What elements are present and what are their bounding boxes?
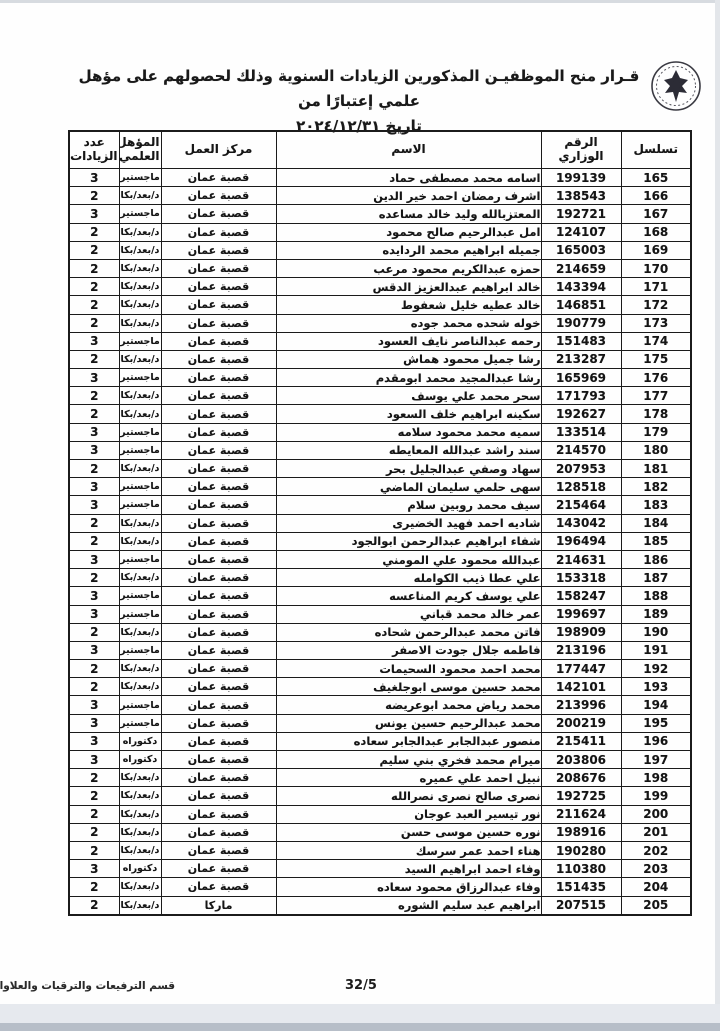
cell-qualification: د/بعد/بكا: [119, 241, 161, 259]
cell-qualification: د/بعد/بكا: [119, 223, 161, 241]
table-row: 170 214659 حمزه عبدالكريم محمود مرعب قصب…: [69, 259, 691, 277]
header-work-center: مركز العمل: [161, 131, 276, 169]
cell-ministry-no: 110380: [541, 860, 621, 878]
cell-name: نور تيسير العبد عوجان: [276, 805, 541, 823]
cell-qualification: ماجستير: [119, 641, 161, 659]
cell-ministry-no: 133514: [541, 423, 621, 441]
table-row: 171 143394 خالد ابراهيم عبدالعزيز الدقس …: [69, 278, 691, 296]
cell-ministry-no: 214659: [541, 259, 621, 277]
cell-increments: 3: [69, 423, 119, 441]
cell-work-center: قصبة عمان: [161, 751, 276, 769]
cell-qualification: د/بعد/بكا: [119, 296, 161, 314]
cell-ministry-no: 190779: [541, 314, 621, 332]
cell-serial: 196: [621, 732, 691, 750]
table-row: 165 199139 اسامه محمد مصطفى حماد قصبة عم…: [69, 169, 691, 187]
header-serial: تسلسل: [621, 131, 691, 169]
cell-increments: 2: [69, 187, 119, 205]
cell-name: هناء احمد عمر سرسك: [276, 841, 541, 859]
cell-work-center: قصبة عمان: [161, 223, 276, 241]
cell-qualification: د/بعد/بكا: [119, 350, 161, 368]
cell-serial: 173: [621, 314, 691, 332]
cell-name: خالد ابراهيم عبدالعزيز الدقس: [276, 278, 541, 296]
cell-work-center: قصبة عمان: [161, 369, 276, 387]
cell-increments: 3: [69, 478, 119, 496]
table-row: 172 146851 خالد عطيه خليل شعفوط قصبة عما…: [69, 296, 691, 314]
cell-qualification: دكتوراه: [119, 860, 161, 878]
cell-name: المعتزبالله وليد خالد مساعده: [276, 205, 541, 223]
cell-increments: 3: [69, 205, 119, 223]
table-row: 191 213196 فاطمه جلال جودت الاصفر قصبة ع…: [69, 641, 691, 659]
cell-name: سهى حلمي سليمان الماضي: [276, 478, 541, 496]
cell-serial: 204: [621, 878, 691, 896]
cell-increments: 2: [69, 223, 119, 241]
cell-ministry-no: 200219: [541, 714, 621, 732]
scan-edge-right: [715, 0, 720, 1031]
cell-qualification: د/بعد/بكا: [119, 387, 161, 405]
cell-qualification: د/بعد/بكا: [119, 896, 161, 915]
cell-serial: 198: [621, 769, 691, 787]
cell-name: اسامه محمد مصطفى حماد: [276, 169, 541, 187]
cell-ministry-no: 198916: [541, 823, 621, 841]
cell-work-center: قصبة عمان: [161, 841, 276, 859]
table-row: 177 171793 سحر محمد علي يوسف قصبة عمان د…: [69, 387, 691, 405]
cell-qualification: ماجستير: [119, 369, 161, 387]
cell-ministry-no: 207953: [541, 460, 621, 478]
table-row: 183 215464 سيف محمد روبين سلام قصبة عمان…: [69, 496, 691, 514]
table-row: 168 124107 امل عبدالرحيم صالح محمود قصبة…: [69, 223, 691, 241]
cell-qualification: د/بعد/بكا: [119, 532, 161, 550]
cell-work-center: قصبة عمان: [161, 350, 276, 368]
scan-edge-top: [0, 0, 720, 3]
cell-name: رشا عبدالمجيد محمد ابومقدم: [276, 369, 541, 387]
table-row: 190 198909 فاتن محمد عبدالرحمن شحاده قصب…: [69, 623, 691, 641]
cell-qualification: ماجستير: [119, 550, 161, 568]
cell-increments: 3: [69, 714, 119, 732]
cell-increments: 2: [69, 678, 119, 696]
cell-qualification: د/بعد/بكا: [119, 623, 161, 641]
cell-name: وفاء احمد ابراهيم السيد: [276, 860, 541, 878]
cell-increments: 3: [69, 550, 119, 568]
scan-band-light: [0, 1004, 720, 1024]
cell-ministry-no: 153318: [541, 569, 621, 587]
cell-increments: 3: [69, 696, 119, 714]
cell-qualification: ماجستير: [119, 332, 161, 350]
cell-work-center: قصبة عمان: [161, 278, 276, 296]
cell-serial: 205: [621, 896, 691, 915]
cell-ministry-no: 213996: [541, 696, 621, 714]
cell-work-center: قصبة عمان: [161, 169, 276, 187]
cell-name: علي عطا ذيب الكوامله: [276, 569, 541, 587]
cell-serial: 183: [621, 496, 691, 514]
cell-ministry-no: 211624: [541, 805, 621, 823]
table-row: 167 192721 المعتزبالله وليد خالد مساعده …: [69, 205, 691, 223]
cell-work-center: قصبة عمان: [161, 532, 276, 550]
cell-serial: 191: [621, 641, 691, 659]
cell-serial: 174: [621, 332, 691, 350]
cell-work-center: قصبة عمان: [161, 678, 276, 696]
table-row: 195 200219 محمد عبدالرحيم حسين يونس قصبة…: [69, 714, 691, 732]
cell-work-center: قصبة عمان: [161, 405, 276, 423]
cell-qualification: ماجستير: [119, 205, 161, 223]
cell-serial: 201: [621, 823, 691, 841]
cell-work-center: قصبة عمان: [161, 641, 276, 659]
cell-qualification: د/بعد/بكا: [119, 660, 161, 678]
cell-work-center: قصبة عمان: [161, 296, 276, 314]
table-row: 182 128518 سهى حلمي سليمان الماضي قصبة ع…: [69, 478, 691, 496]
cell-increments: 2: [69, 460, 119, 478]
cell-work-center: قصبة عمان: [161, 514, 276, 532]
cell-work-center: قصبة عمان: [161, 805, 276, 823]
cell-ministry-no: 215464: [541, 496, 621, 514]
cell-increments: 2: [69, 296, 119, 314]
cell-increments: 2: [69, 350, 119, 368]
cell-name: نصرى صالح نصرى نصرالله: [276, 787, 541, 805]
footer-page-number: 32/5: [345, 978, 377, 993]
cell-work-center: قصبة عمان: [161, 623, 276, 641]
cell-increments: 2: [69, 514, 119, 532]
cell-name: سهاد وصفي عبدالجليل بحر: [276, 460, 541, 478]
header-increments: عدد الزيادات: [69, 131, 119, 169]
table-row: 174 151483 رحمه عبدالناصر نايف العسود قص…: [69, 332, 691, 350]
cell-ministry-no: 213287: [541, 350, 621, 368]
cell-serial: 172: [621, 296, 691, 314]
table-row: 179 133514 سميه محمد محمود سلامه قصبة عم…: [69, 423, 691, 441]
cell-serial: 190: [621, 623, 691, 641]
cell-work-center: قصبة عمان: [161, 441, 276, 459]
cell-qualification: ماجستير: [119, 169, 161, 187]
table-row: 175 213287 رشا جميل محمود هماش قصبة عمان…: [69, 350, 691, 368]
table-row: 189 199697 عمر خالد محمد قباني قصبة عمان…: [69, 605, 691, 623]
cell-work-center: قصبة عمان: [161, 550, 276, 568]
cell-name: وفاء عبدالرزاق محمود سعاده: [276, 878, 541, 896]
cell-name: فاطمه جلال جودت الاصفر: [276, 641, 541, 659]
table-row: 204 151435 وفاء عبدالرزاق محمود سعاده قص…: [69, 878, 691, 896]
cell-increments: 3: [69, 169, 119, 187]
cell-name: سحر محمد علي يوسف: [276, 387, 541, 405]
table-row: 188 158247 علي يوسف كريم المناعسه قصبة ع…: [69, 587, 691, 605]
table-row: 181 207953 سهاد وصفي عبدالجليل بحر قصبة …: [69, 460, 691, 478]
cell-work-center: قصبة عمان: [161, 187, 276, 205]
ministry-seal-icon: [650, 60, 702, 112]
cell-serial: 180: [621, 441, 691, 459]
cell-qualification: ماجستير: [119, 605, 161, 623]
cell-ministry-no: 143394: [541, 278, 621, 296]
cell-work-center: قصبة عمان: [161, 660, 276, 678]
cell-qualification: ماجستير: [119, 423, 161, 441]
cell-serial: 199: [621, 787, 691, 805]
table-row: 203 110380 وفاء احمد ابراهيم السيد قصبة …: [69, 860, 691, 878]
cell-work-center: قصبة عمان: [161, 714, 276, 732]
header-name: الاسم: [276, 131, 541, 169]
table-row: 185 196494 شفاء ابراهيم عبدالرحمن ابوالج…: [69, 532, 691, 550]
cell-name: محمد حسين موسى ابوجلغيف: [276, 678, 541, 696]
cell-ministry-no: 171793: [541, 387, 621, 405]
cell-name: امل عبدالرحيم صالح محمود: [276, 223, 541, 241]
cell-serial: 175: [621, 350, 691, 368]
cell-increments: 2: [69, 314, 119, 332]
cell-serial: 203: [621, 860, 691, 878]
cell-ministry-no: 196494: [541, 532, 621, 550]
cell-increments: 3: [69, 587, 119, 605]
cell-work-center: قصبة عمان: [161, 332, 276, 350]
cell-ministry-no: 158247: [541, 587, 621, 605]
cell-name: اشرف رمضان احمد خير الدين: [276, 187, 541, 205]
table-row: 193 142101 محمد حسين موسى ابوجلغيف قصبة …: [69, 678, 691, 696]
cell-name: عمر خالد محمد قباني: [276, 605, 541, 623]
cell-work-center: قصبة عمان: [161, 696, 276, 714]
table-row: 180 214570 سند راشد عبدالله المعايطه قصب…: [69, 441, 691, 459]
cell-ministry-no: 138543: [541, 187, 621, 205]
cell-ministry-no: 146851: [541, 296, 621, 314]
table-row: 199 192725 نصرى صالح نصرى نصرالله قصبة ع…: [69, 787, 691, 805]
table-row: 173 190779 خوله شحده محمد جوده قصبة عمان…: [69, 314, 691, 332]
cell-ministry-no: 199697: [541, 605, 621, 623]
cell-serial: 193: [621, 678, 691, 696]
cell-ministry-no: 213196: [541, 641, 621, 659]
table-row: 196 215411 منصور عبدالجابر عبدالجابر سعا…: [69, 732, 691, 750]
scan-band-dark: [0, 1023, 720, 1031]
cell-serial: 202: [621, 841, 691, 859]
table-header-row: تسلسل الرقم الوزاري الاسم مركز العمل الم…: [69, 131, 691, 169]
cell-serial: 182: [621, 478, 691, 496]
cell-qualification: دكتوراه: [119, 732, 161, 750]
cell-ministry-no: 203806: [541, 751, 621, 769]
cell-serial: 186: [621, 550, 691, 568]
cell-work-center: قصبة عمان: [161, 823, 276, 841]
cell-name: شاديه احمد فهيد الخضيرى: [276, 514, 541, 532]
cell-increments: 2: [69, 841, 119, 859]
cell-name: محمد احمد محمود السحيمات: [276, 660, 541, 678]
cell-ministry-no: 177447: [541, 660, 621, 678]
cell-qualification: د/بعد/بكا: [119, 187, 161, 205]
cell-name: سكينه ابراهيم خلف السعود: [276, 405, 541, 423]
cell-increments: 2: [69, 405, 119, 423]
cell-name: عبدالله محمود علي المومني: [276, 550, 541, 568]
cell-name: فاتن محمد عبدالرحمن شحاده: [276, 623, 541, 641]
cell-ministry-no: 215411: [541, 732, 621, 750]
cell-increments: 3: [69, 732, 119, 750]
cell-qualification: د/بعد/بكا: [119, 460, 161, 478]
cell-qualification: د/بعد/بكا: [119, 569, 161, 587]
cell-ministry-no: 165969: [541, 369, 621, 387]
cell-qualification: د/بعد/بكا: [119, 878, 161, 896]
table-row: 166 138543 اشرف رمضان احمد خير الدين قصب…: [69, 187, 691, 205]
cell-serial: 187: [621, 569, 691, 587]
cell-increments: 2: [69, 532, 119, 550]
table-row: 194 213996 محمد رياض محمد ابوعريضه قصبة …: [69, 696, 691, 714]
cell-work-center: قصبة عمان: [161, 787, 276, 805]
cell-ministry-no: 214631: [541, 550, 621, 568]
cell-work-center: قصبة عمان: [161, 569, 276, 587]
cell-serial: 166: [621, 187, 691, 205]
cell-qualification: د/بعد/بكا: [119, 278, 161, 296]
cell-serial: 192: [621, 660, 691, 678]
decision-title: قـرار منح الموظفيـن المذكورين الزيادات ا…: [73, 64, 645, 138]
table-row: 198 208676 نبيل احمد علي عميره قصبة عمان…: [69, 769, 691, 787]
cell-ministry-no: 142101: [541, 678, 621, 696]
cell-serial: 169: [621, 241, 691, 259]
table-row: 169 165003 جميله ابراهيم محمد الردايده ق…: [69, 241, 691, 259]
cell-ministry-no: 199139: [541, 169, 621, 187]
cell-name: رشا جميل محمود هماش: [276, 350, 541, 368]
cell-increments: 2: [69, 241, 119, 259]
cell-ministry-no: 192725: [541, 787, 621, 805]
cell-qualification: د/بعد/بكا: [119, 841, 161, 859]
cell-serial: 185: [621, 532, 691, 550]
cell-increments: 2: [69, 878, 119, 896]
cell-name: محمد عبدالرحيم حسين يونس: [276, 714, 541, 732]
cell-serial: 181: [621, 460, 691, 478]
cell-serial: 195: [621, 714, 691, 732]
cell-increments: 2: [69, 823, 119, 841]
cell-qualification: د/بعد/بكا: [119, 823, 161, 841]
cell-work-center: قصبة عمان: [161, 605, 276, 623]
cell-work-center: قصبة عمان: [161, 387, 276, 405]
cell-name: منصور عبدالجابر عبدالجابر سعاده: [276, 732, 541, 750]
cell-qualification: ماجستير: [119, 714, 161, 732]
table-row: 205 207515 ابراهيم عبد سليم الشوره ماركا…: [69, 896, 691, 915]
cell-name: نبيل احمد علي عميره: [276, 769, 541, 787]
cell-increments: 3: [69, 441, 119, 459]
cell-increments: 3: [69, 496, 119, 514]
cell-qualification: د/بعد/بكا: [119, 678, 161, 696]
footer-department: قسم الترفيعات والترقيات والعلاوات: [0, 980, 175, 992]
cell-ministry-no: 208676: [541, 769, 621, 787]
cell-ministry-no: 192721: [541, 205, 621, 223]
cell-serial: 197: [621, 751, 691, 769]
cell-name: محمد رياض محمد ابوعريضه: [276, 696, 541, 714]
cell-increments: 2: [69, 278, 119, 296]
decision-title-line1: قـرار منح الموظفيـن المذكورين الزيادات ا…: [73, 64, 645, 114]
table-row: 200 211624 نور تيسير العبد عوجان قصبة عم…: [69, 805, 691, 823]
cell-name: شفاء ابراهيم عبدالرحمن ابوالجود: [276, 532, 541, 550]
cell-ministry-no: 190280: [541, 841, 621, 859]
table-row: 187 153318 علي عطا ذيب الكوامله قصبة عما…: [69, 569, 691, 587]
cell-qualification: د/بعد/بكا: [119, 805, 161, 823]
cell-work-center: قصبة عمان: [161, 587, 276, 605]
cell-increments: 2: [69, 259, 119, 277]
cell-serial: 165: [621, 169, 691, 187]
cell-name: نوره حسين موسى حسن: [276, 823, 541, 841]
cell-serial: 200: [621, 805, 691, 823]
table-row: 184 143042 شاديه احمد فهيد الخضيرى قصبة …: [69, 514, 691, 532]
cell-serial: 184: [621, 514, 691, 532]
cell-increments: 3: [69, 751, 119, 769]
table-row: 192 177447 محمد احمد محمود السحيمات قصبة…: [69, 660, 691, 678]
cell-ministry-no: 124107: [541, 223, 621, 241]
cell-name: خوله شحده محمد جوده: [276, 314, 541, 332]
table-row: 202 190280 هناء احمد عمر سرسك قصبة عمان …: [69, 841, 691, 859]
cell-serial: 188: [621, 587, 691, 605]
cell-serial: 167: [621, 205, 691, 223]
cell-qualification: د/بعد/بكا: [119, 405, 161, 423]
cell-ministry-no: 151483: [541, 332, 621, 350]
cell-ministry-no: 165003: [541, 241, 621, 259]
cell-name: سيف محمد روبين سلام: [276, 496, 541, 514]
cell-serial: 178: [621, 405, 691, 423]
cell-increments: 3: [69, 605, 119, 623]
cell-name: ابراهيم عبد سليم الشوره: [276, 896, 541, 915]
cell-ministry-no: 198909: [541, 623, 621, 641]
cell-work-center: قصبة عمان: [161, 769, 276, 787]
cell-qualification: د/بعد/بكا: [119, 769, 161, 787]
cell-qualification: د/بعد/بكا: [119, 514, 161, 532]
cell-name: حمزه عبدالكريم محمود مرعب: [276, 259, 541, 277]
cell-work-center: قصبة عمان: [161, 732, 276, 750]
cell-increments: 2: [69, 387, 119, 405]
table-row: 178 192627 سكينه ابراهيم خلف السعود قصبة…: [69, 405, 691, 423]
cell-work-center: قصبة عمان: [161, 460, 276, 478]
cell-serial: 189: [621, 605, 691, 623]
cell-ministry-no: 143042: [541, 514, 621, 532]
cell-name: ميرام محمد فخري بني سليم: [276, 751, 541, 769]
cell-serial: 176: [621, 369, 691, 387]
cell-ministry-no: 207515: [541, 896, 621, 915]
table-body: 165 199139 اسامه محمد مصطفى حماد قصبة عم…: [69, 169, 691, 915]
cell-qualification: د/بعد/بكا: [119, 314, 161, 332]
cell-name: علي يوسف كريم المناعسه: [276, 587, 541, 605]
scanned-document-page: قـرار منح الموظفيـن المذكورين الزيادات ا…: [0, 0, 720, 1031]
cell-ministry-no: 192627: [541, 405, 621, 423]
cell-qualification: ماجستير: [119, 496, 161, 514]
cell-qualification: ماجستير: [119, 587, 161, 605]
cell-qualification: ماجستير: [119, 478, 161, 496]
cell-serial: 179: [621, 423, 691, 441]
cell-work-center: قصبة عمان: [161, 860, 276, 878]
cell-name: جميله ابراهيم محمد الردايده: [276, 241, 541, 259]
cell-increments: 2: [69, 787, 119, 805]
cell-serial: 170: [621, 259, 691, 277]
employees-table: تسلسل الرقم الوزاري الاسم مركز العمل الم…: [68, 130, 692, 916]
cell-increments: 2: [69, 660, 119, 678]
cell-ministry-no: 128518: [541, 478, 621, 496]
cell-name: رحمه عبدالناصر نايف العسود: [276, 332, 541, 350]
header-qualification: المؤهل العلمي: [119, 131, 161, 169]
cell-serial: 177: [621, 387, 691, 405]
cell-increments: 3: [69, 369, 119, 387]
cell-serial: 168: [621, 223, 691, 241]
cell-qualification: دكتوراه: [119, 751, 161, 769]
cell-ministry-no: 151435: [541, 878, 621, 896]
cell-increments: 3: [69, 860, 119, 878]
header-ministry-no: الرقم الوزاري: [541, 131, 621, 169]
cell-serial: 171: [621, 278, 691, 296]
cell-serial: 194: [621, 696, 691, 714]
table-row: 176 165969 رشا عبدالمجيد محمد ابومقدم قص…: [69, 369, 691, 387]
cell-increments: 2: [69, 896, 119, 915]
table-row: 201 198916 نوره حسين موسى حسن قصبة عمان …: [69, 823, 691, 841]
cell-work-center: قصبة عمان: [161, 496, 276, 514]
cell-increments: 2: [69, 569, 119, 587]
cell-work-center: ماركا: [161, 896, 276, 915]
cell-name: سند راشد عبدالله المعايطه: [276, 441, 541, 459]
cell-work-center: قصبة عمان: [161, 259, 276, 277]
cell-work-center: قصبة عمان: [161, 478, 276, 496]
table-row: 197 203806 ميرام محمد فخري بني سليم قصبة…: [69, 751, 691, 769]
cell-qualification: ماجستير: [119, 696, 161, 714]
cell-work-center: قصبة عمان: [161, 878, 276, 896]
cell-increments: 3: [69, 641, 119, 659]
cell-ministry-no: 214570: [541, 441, 621, 459]
cell-qualification: د/بعد/بكا: [119, 787, 161, 805]
cell-increments: 2: [69, 805, 119, 823]
cell-work-center: قصبة عمان: [161, 241, 276, 259]
cell-work-center: قصبة عمان: [161, 205, 276, 223]
cell-name: سميه محمد محمود سلامه: [276, 423, 541, 441]
table-row: 186 214631 عبدالله محمود علي المومني قصب…: [69, 550, 691, 568]
cell-increments: 2: [69, 769, 119, 787]
cell-increments: 3: [69, 332, 119, 350]
